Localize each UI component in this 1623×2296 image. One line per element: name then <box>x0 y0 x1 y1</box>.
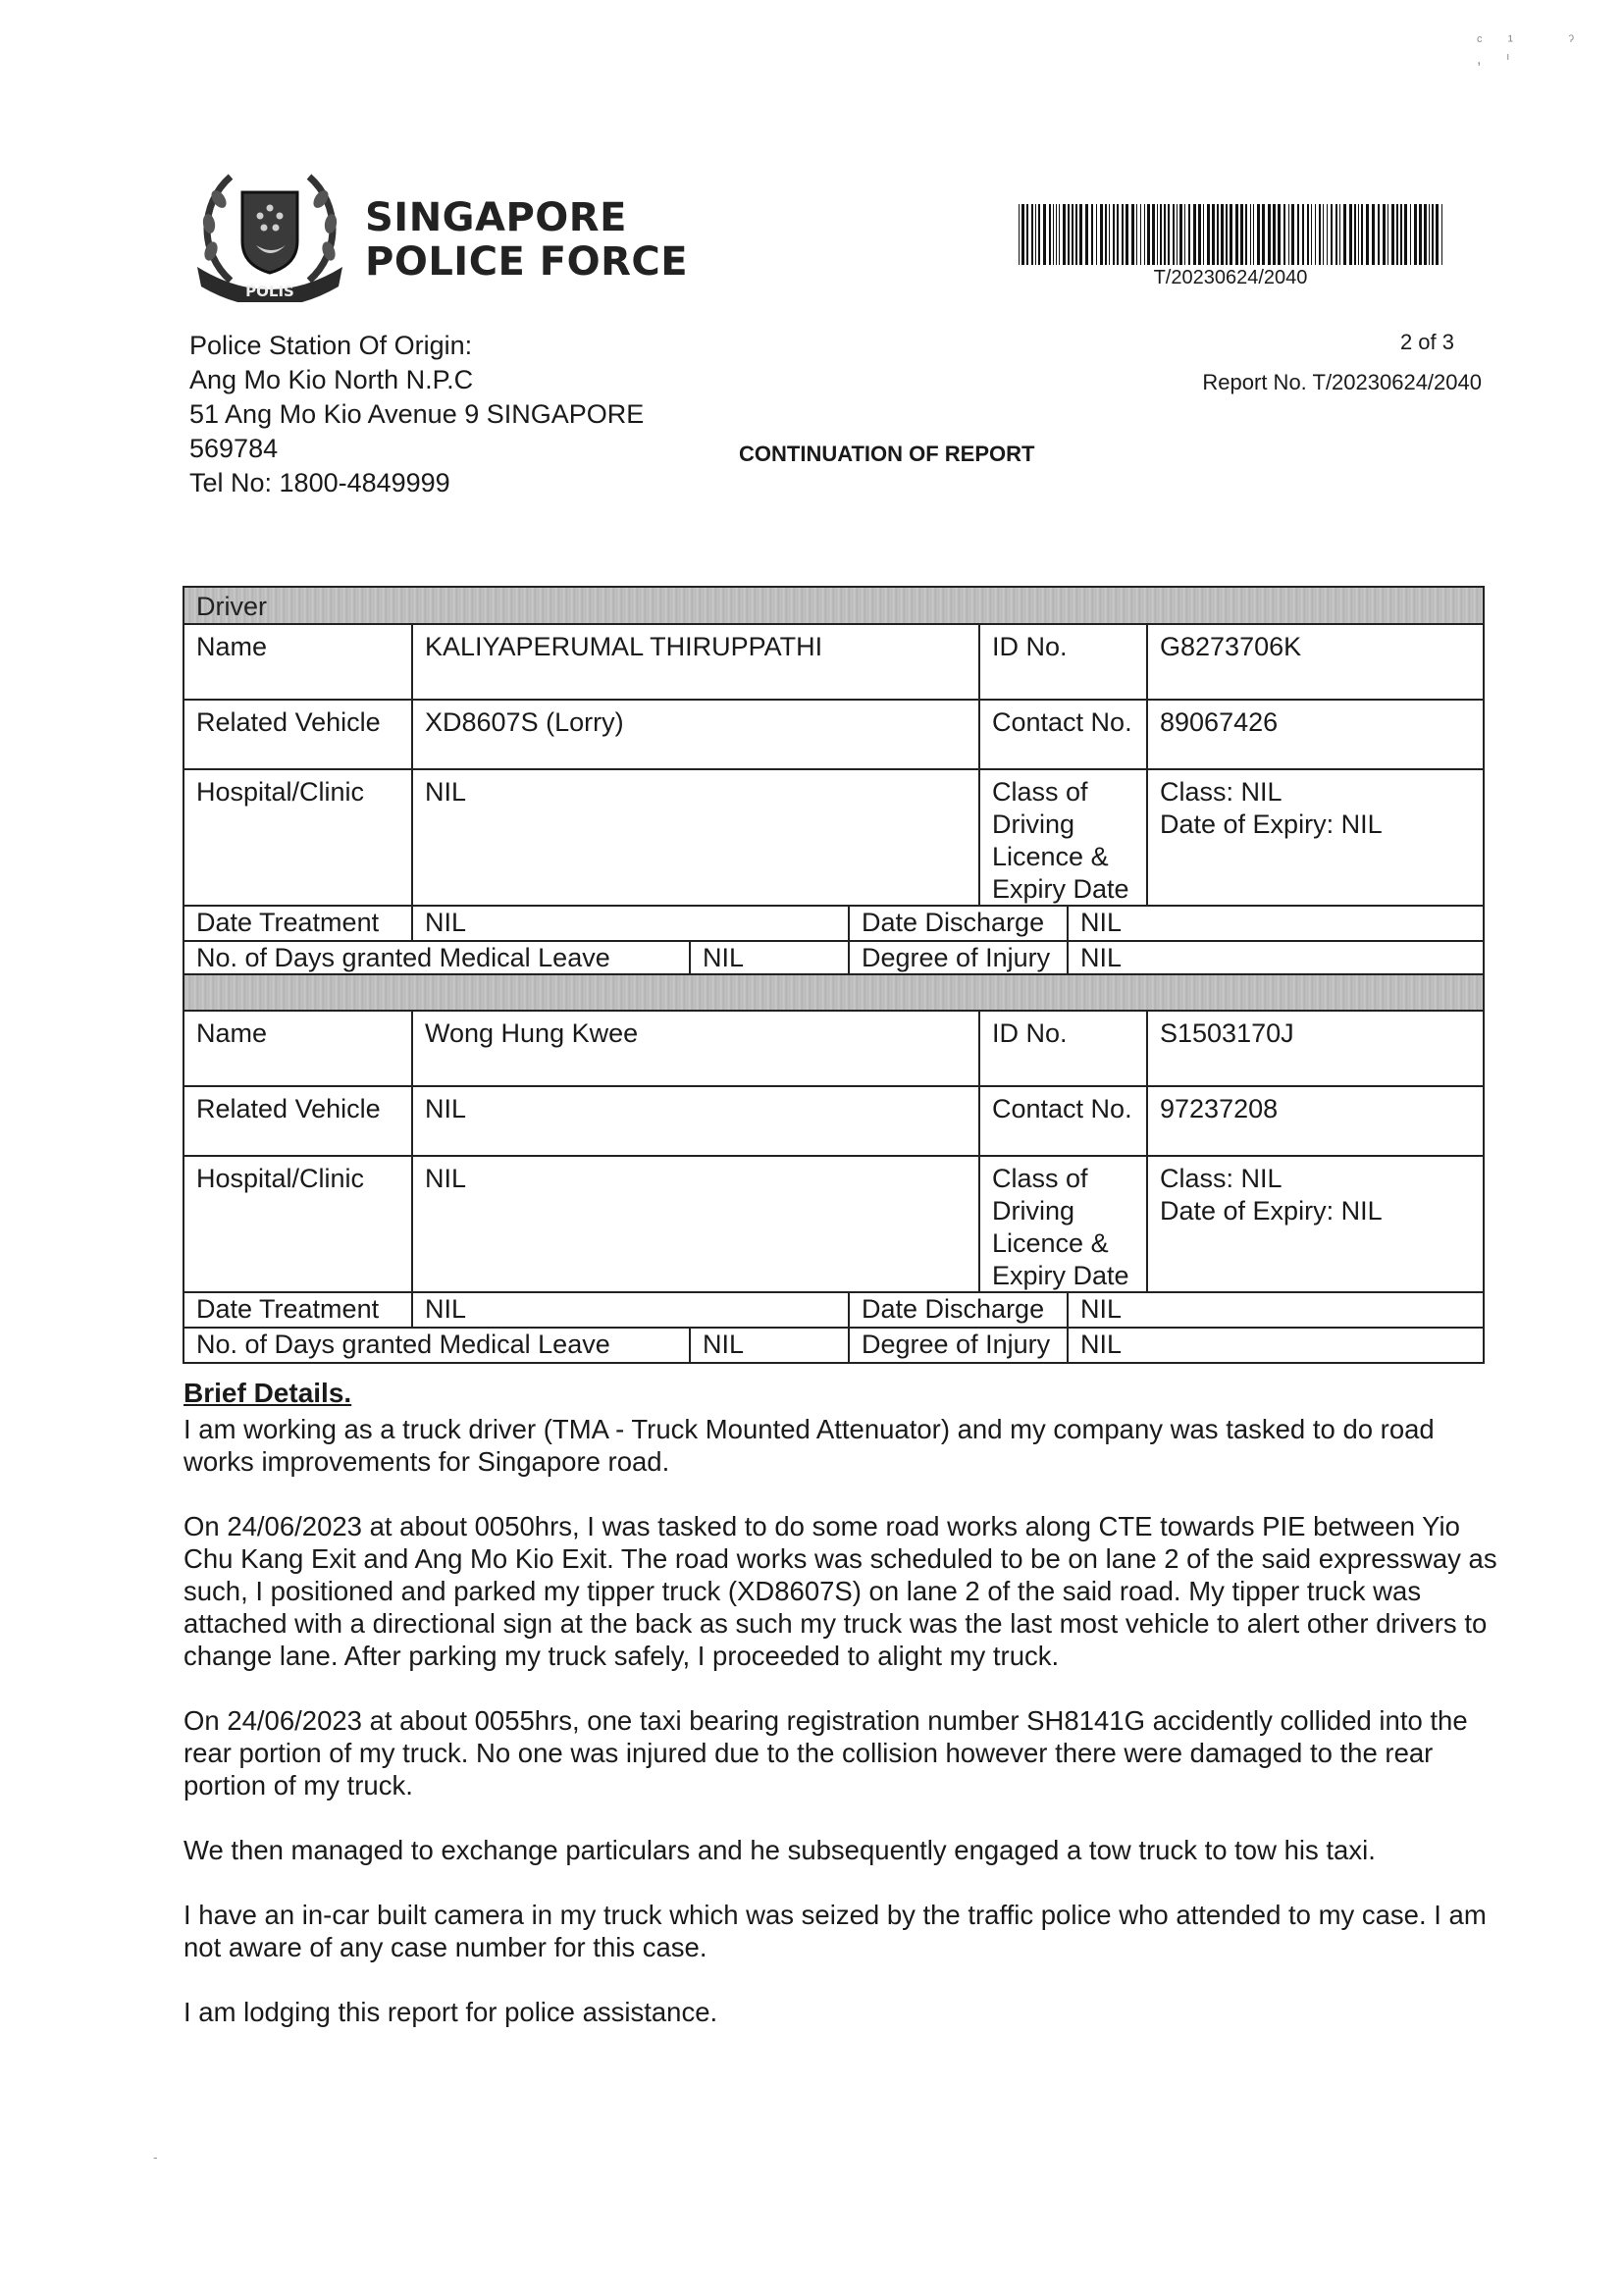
section-label <box>184 975 1483 979</box>
station-label: Police Station Of Origin: <box>189 329 644 363</box>
treatment-label: Date Treatment <box>184 1293 411 1327</box>
section-label: Driver <box>184 588 1483 625</box>
brief-paragraph: I have an in-car built camera in my truc… <box>183 1899 1498 1963</box>
document-title: CONTINUATION OF REPORT <box>739 442 1034 467</box>
leave-value: NIL <box>689 1329 848 1362</box>
id-value: S1503170J <box>1146 1012 1483 1085</box>
hospital-row: Hospital/ClinicNILClass ofDrivingLicence… <box>184 1157 1483 1293</box>
treatment-label: Date Treatment <box>184 907 411 940</box>
licence-label-line: Expiry Date <box>992 1260 1134 1292</box>
licence-expiry: Date of Expiry: NIL <box>1160 1195 1471 1227</box>
hospital-label: Hospital/Clinic <box>184 1157 411 1291</box>
brief-details-heading: Brief Details. <box>183 1378 351 1409</box>
leave-row: No. of Days granted Medical LeaveNILDegr… <box>184 1329 1483 1362</box>
organization-name: SINGAPORE POLICE FORCE <box>365 196 688 285</box>
station-tel: Tel No: 1800-4849999 <box>189 466 644 500</box>
licence-label: Class ofDrivingLicence &Expiry Date <box>978 1157 1146 1291</box>
report-number: Report No. T/20230624/2040 <box>1079 370 1482 395</box>
name-value: Wong Hung Kwee <box>411 1012 978 1085</box>
contact-label: Contact No. <box>978 701 1146 768</box>
brief-paragraph: I am working as a truck driver (TMA - Tr… <box>183 1413 1498 1478</box>
brief-paragraph: On 24/06/2023 at about 0055hrs, one taxi… <box>183 1704 1498 1801</box>
leave-label: No. of Days granted Medical Leave <box>184 942 689 973</box>
injury-value: NIL <box>1067 942 1483 973</box>
licence-label-line: Driving <box>992 809 1134 841</box>
id-value: G8273706K <box>1146 625 1483 699</box>
discharge-label: Date Discharge <box>848 907 1067 940</box>
brief-paragraph: I am lodging this report for police assi… <box>183 1996 1498 2028</box>
leave-value: NIL <box>689 942 848 973</box>
station-of-origin: Police Station Of Origin: Ang Mo Kio Nor… <box>189 329 644 500</box>
licence-label-line: Expiry Date <box>992 873 1134 906</box>
police-crest-icon: POLIS <box>191 165 348 302</box>
hospital-label: Hospital/Clinic <box>184 770 411 905</box>
contact-value: 97237208 <box>1146 1087 1483 1155</box>
discharge-value: NIL <box>1067 1293 1483 1327</box>
name-label: Name <box>184 625 411 699</box>
station-postal: 569784 <box>189 432 644 466</box>
name-label: Name <box>184 1012 411 1085</box>
treatment-row: Date TreatmentNILDate DischargeNIL <box>184 907 1483 942</box>
contact-value: 89067426 <box>1146 701 1483 768</box>
svg-text:POLIS: POLIS <box>245 283 294 300</box>
station-address: 51 Ang Mo Kio Avenue 9 SINGAPORE <box>189 397 644 432</box>
barcode-icon <box>1019 204 1442 265</box>
licence-expiry: Date of Expiry: NIL <box>1160 809 1471 841</box>
name-row: NameWong Hung KweeID No.S1503170J <box>184 1012 1483 1087</box>
treatment-value: NIL <box>411 1293 848 1327</box>
id-label: ID No. <box>978 1012 1146 1085</box>
licence-label: Class ofDrivingLicence &Expiry Date <box>978 770 1146 905</box>
injury-label: Degree of Injury <box>848 942 1067 973</box>
licence-class: Class: NIL <box>1160 1163 1471 1195</box>
treatment-value: NIL <box>411 907 848 940</box>
discharge-value: NIL <box>1067 907 1483 940</box>
licence-label-line: Driving <box>992 1195 1134 1227</box>
contact-label: Contact No. <box>978 1087 1146 1155</box>
licence-label-line: Licence & <box>992 1227 1134 1260</box>
scan-artifact-marks: ᶜ¹ ˀ ,ᶦ <box>1477 33 1623 69</box>
section-header-bar: Driver <box>184 588 1483 625</box>
name-row: NameKALIYAPERUMAL THIRUPPATHIID No.G8273… <box>184 625 1483 701</box>
hospital-row: Hospital/ClinicNILClass ofDrivingLicence… <box>184 770 1483 907</box>
station-name: Ang Mo Kio North N.P.C <box>189 363 644 397</box>
licence-class: Class: NIL <box>1160 776 1471 809</box>
hospital-value: NIL <box>411 1157 978 1291</box>
vehicle-label: Related Vehicle <box>184 701 411 768</box>
licence-label-line: Licence & <box>992 841 1134 873</box>
brief-paragraph: We then managed to exchange particulars … <box>183 1834 1498 1866</box>
licence-value: Class: NILDate of Expiry: NIL <box>1146 770 1483 905</box>
discharge-label: Date Discharge <box>848 1293 1067 1327</box>
brief-paragraph: On 24/06/2023 at about 0050hrs, I was ta… <box>183 1510 1498 1672</box>
treatment-row: Date TreatmentNILDate DischargeNIL <box>184 1293 1483 1329</box>
parties-table: DriverNameKALIYAPERUMAL THIRUPPATHIID No… <box>183 586 1485 1364</box>
page-indicator: 2 of 3 <box>1276 330 1454 355</box>
leave-row: No. of Days granted Medical LeaveNILDegr… <box>184 942 1483 975</box>
section-header-bar <box>184 975 1483 1012</box>
licence-value: Class: NILDate of Expiry: NIL <box>1146 1157 1483 1291</box>
vehicle-row: Related VehicleNILContact No.97237208 <box>184 1087 1483 1157</box>
name-value: KALIYAPERUMAL THIRUPPATHI <box>411 625 978 699</box>
org-line-1: SINGAPORE <box>365 196 688 240</box>
vehicle-value: XD8607S (Lorry) <box>411 701 978 768</box>
vehicle-value: NIL <box>411 1087 978 1155</box>
injury-value: NIL <box>1067 1329 1483 1362</box>
hospital-value: NIL <box>411 770 978 905</box>
org-line-2: POLICE FORCE <box>365 240 688 285</box>
vehicle-label: Related Vehicle <box>184 1087 411 1155</box>
licence-label-line: Class of <box>992 776 1134 809</box>
scan-artifact-dash: - <box>153 2149 158 2165</box>
injury-label: Degree of Injury <box>848 1329 1067 1362</box>
vehicle-row: Related VehicleXD8607S (Lorry)Contact No… <box>184 701 1483 770</box>
id-label: ID No. <box>978 625 1146 699</box>
leave-label: No. of Days granted Medical Leave <box>184 1329 689 1362</box>
licence-label-line: Class of <box>992 1163 1134 1195</box>
brief-details-body: I am working as a truck driver (TMA - Tr… <box>183 1413 1498 2061</box>
barcode-value: T/20230624/2040 <box>1019 267 1442 289</box>
